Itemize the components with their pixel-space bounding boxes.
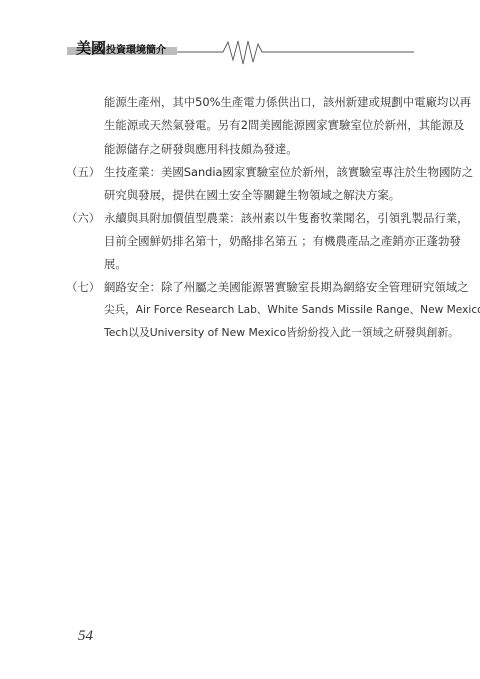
text-line: Tech以及University of New Mexico皆紛紛投入此一領域之… <box>104 325 459 341</box>
text-line: 能源生產州，其中50%生產電力係供出口，該州新建或規劃中電廠均以再 <box>104 94 471 110</box>
text-line: 生能源或天然氣發電。另有2間美國能源國家實驗室位於新州，其能源及 <box>104 117 464 133</box>
text-line: 展。 <box>104 256 127 272</box>
text-line: 網路安全：除了州屬之美國能源署實驗室長期為網絡安全管理研究領域之 <box>104 279 469 295</box>
header-zigzag-rule-icon <box>0 0 480 80</box>
running-header: 美國投資環境簡介 <box>0 0 480 80</box>
text-line: 研究與發展，提供在國土安全等關鍵生物領域之解決方案。 <box>104 187 400 203</box>
list-marker: （五） <box>66 164 100 180</box>
text-line: 能源儲存之研發與應用科技頗為發達。 <box>104 141 298 157</box>
list-marker: （七） <box>66 279 100 295</box>
text-line: 尖兵，Air Force Research Lab、White Sands Mi… <box>104 302 480 318</box>
list-marker: （六） <box>66 210 100 226</box>
text-line: 永續與具附加價值型農業：該州素以牛隻畜牧業聞名，引領乳製品行業， <box>104 210 469 226</box>
text-line: 目前全國鮮奶排名第十，奶酪排名第五 ；有機農產品之產銷亦正蓬勃發 <box>104 233 461 249</box>
text-line: 生技產業：美國Sandia國家實驗室位於新州，該實驗室專注於生物國防之 <box>104 164 473 180</box>
page-number: 54 <box>78 628 93 645</box>
